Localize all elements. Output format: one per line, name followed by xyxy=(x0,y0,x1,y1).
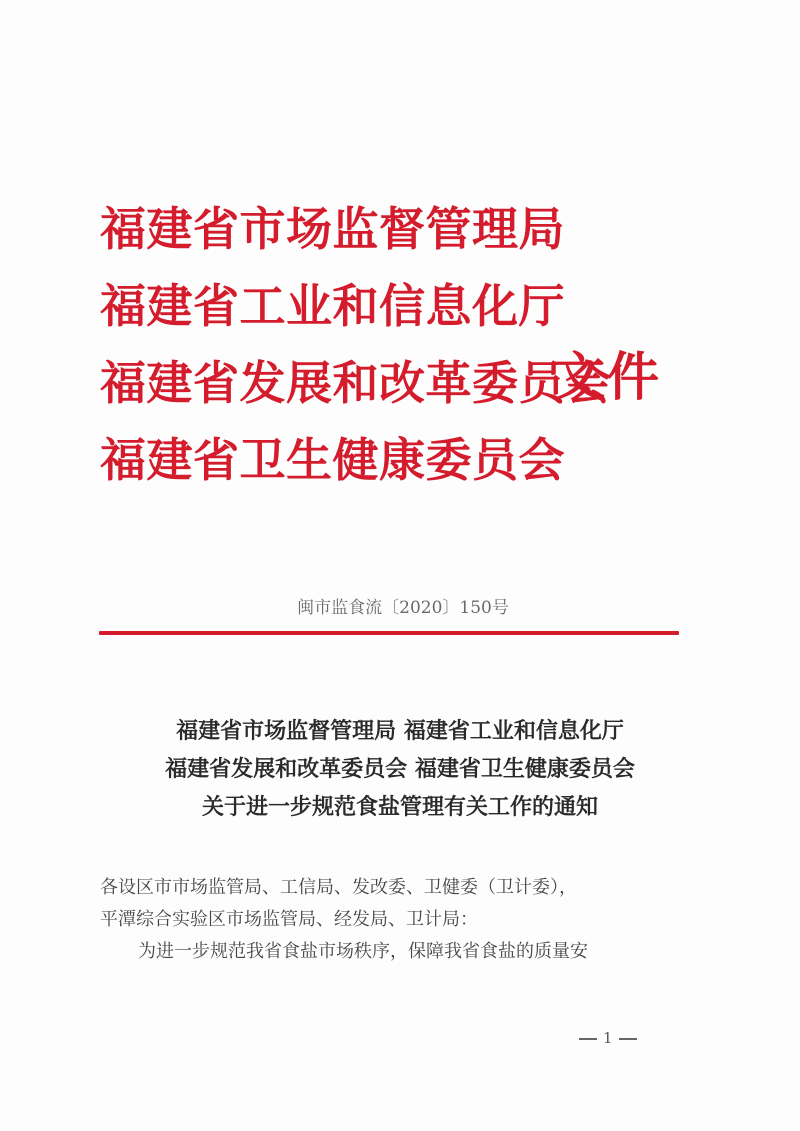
page-number-footer: 1 xyxy=(573,1028,643,1048)
issuer-development-reform: 福建省发展和改革委员会 xyxy=(100,360,560,406)
red-divider-line xyxy=(99,631,679,635)
title-line: 关于进一步规范食盐管理有关工作的通知 xyxy=(0,788,800,826)
dash-left xyxy=(579,1038,597,1040)
issuer-health-commission: 福建省卫生健康委员会 xyxy=(100,437,560,483)
document-label: 文件 xyxy=(553,352,661,404)
document-title: 福建省市场监督管理局 福建省工业和信息化厅 福建省发展和改革委员会 福建省卫生健… xyxy=(0,712,800,826)
issuer-market-supervision: 福建省市场监督管理局 xyxy=(100,206,560,252)
document-page: 福建省市场监督管理局 福建省工业和信息化厅 福建省发展和改革委员会 福建省卫生健… xyxy=(0,0,800,1131)
title-line: 福建省市场监督管理局 福建省工业和信息化厅 xyxy=(0,712,800,750)
issuing-authorities: 福建省市场监督管理局 福建省工业和信息化厅 福建省发展和改革委员会 福建省卫生健… xyxy=(100,206,560,514)
body-paragraph: 为进一步规范我省食盐市场秩序，保障我省食盐的质量安 xyxy=(100,936,680,968)
title-line: 福建省发展和改革委员会 福建省卫生健康委员会 xyxy=(0,750,800,788)
document-number: 闽市监食流〔2020〕150号 xyxy=(0,598,800,618)
page-number: 1 xyxy=(603,1029,613,1047)
dash-right xyxy=(619,1038,637,1040)
document-body: 各设区市市场监管局、工信局、发改委、卫健委（卫计委）， 平潭综合实验区市场监管局… xyxy=(100,872,680,968)
addressee-line: 各设区市市场监管局、工信局、发改委、卫健委（卫计委）， xyxy=(100,872,680,904)
addressee-line: 平潭综合实验区市场监管局、经发局、卫计局： xyxy=(100,904,680,936)
issuer-industry-it: 福建省工业和信息化厅 xyxy=(100,283,560,329)
